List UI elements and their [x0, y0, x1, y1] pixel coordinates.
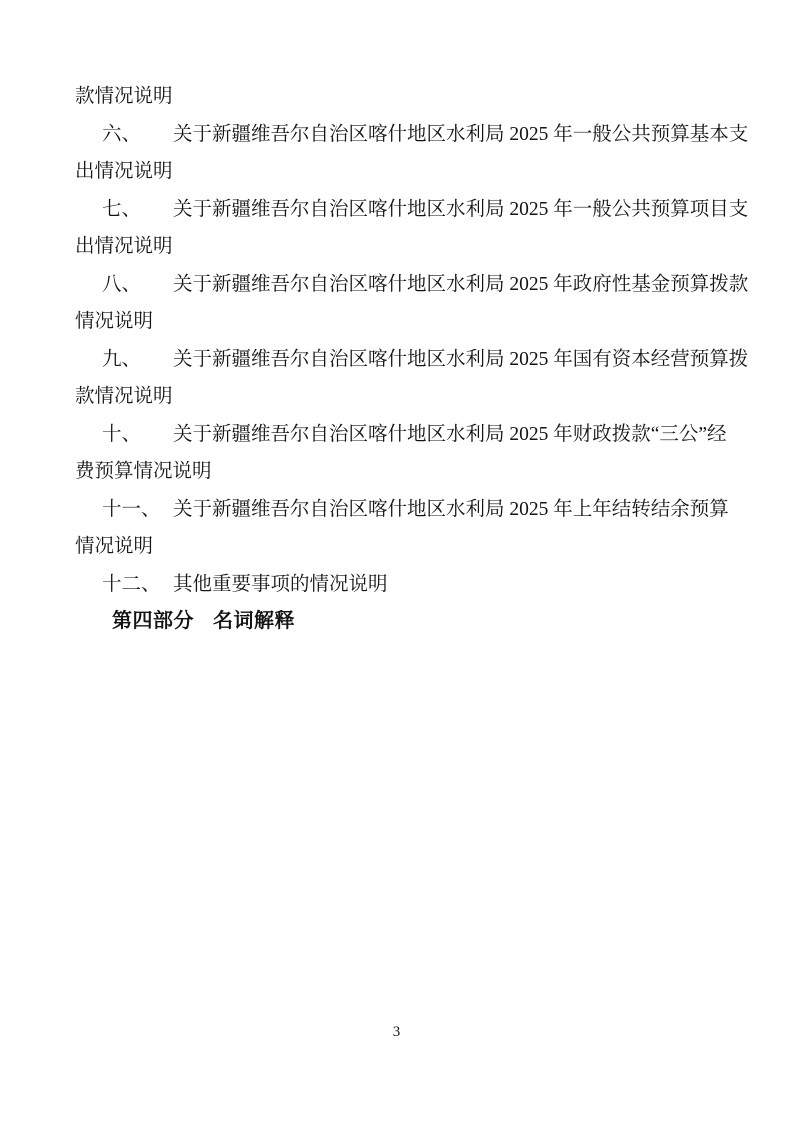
toc-text: 情况说明: [75, 536, 153, 557]
toc-text: 关于新疆维吾尔自治区喀什地区水利局 2025 年财政拨款“三公”经: [173, 424, 727, 445]
toc-text: 款情况说明: [75, 386, 173, 407]
toc-line-continuation: 款情况说明: [75, 378, 723, 416]
document-page: 款情况说明 六、关于新疆维吾尔自治区喀什地区水利局 2025 年一般公共预算基本…: [0, 0, 793, 1122]
toc-line-continuation: 出情况说明: [75, 153, 723, 191]
toc-text: 关于新疆维吾尔自治区喀什地区水利局 2025 年国有资本经营预算拨: [173, 349, 748, 370]
toc-text: 关于新疆维吾尔自治区喀什地区水利局 2025 年上年结转结余预算: [173, 499, 729, 520]
toc-text: 关于新疆维吾尔自治区喀什地区水利局 2025 年一般公共预算项目支: [173, 199, 748, 220]
toc-text: 关于新疆维吾尔自治区喀什地区水利局 2025 年一般公共预算基本支: [173, 124, 748, 145]
toc-item-number: 八、: [102, 266, 173, 304]
section-heading: 第四部分名词解释: [75, 603, 723, 641]
toc-line-continuation: 费预算情况说明: [75, 453, 723, 491]
toc-line-continuation: 情况说明: [75, 303, 723, 341]
toc-item-8: 八、关于新疆维吾尔自治区喀什地区水利局 2025 年政府性基金预算拨款: [75, 266, 723, 304]
toc-text: 费预算情况说明: [75, 461, 212, 482]
toc-item-10: 十、关于新疆维吾尔自治区喀什地区水利局 2025 年财政拨款“三公”经: [75, 416, 723, 454]
toc-text: 情况说明: [75, 311, 153, 332]
toc-text: 其他重要事项的情况说明: [173, 574, 388, 595]
toc-item-12: 十二、其他重要事项的情况说明: [75, 566, 723, 604]
toc-item-number: 七、: [102, 191, 173, 229]
toc-item-number: 十、: [102, 416, 173, 454]
toc-text: 关于新疆维吾尔自治区喀什地区水利局 2025 年政府性基金预算拨款: [173, 274, 748, 295]
toc-item-number: 九、: [102, 341, 173, 379]
toc-item-6: 六、关于新疆维吾尔自治区喀什地区水利局 2025 年一般公共预算基本支: [75, 116, 723, 154]
toc-item-7: 七、关于新疆维吾尔自治区喀什地区水利局 2025 年一般公共预算项目支: [75, 191, 723, 229]
toc-item-number: 十二、: [102, 566, 173, 604]
page-number: 3: [0, 1022, 793, 1042]
toc-line-continuation: 情况说明: [75, 528, 723, 566]
toc-content: 款情况说明 六、关于新疆维吾尔自治区喀什地区水利局 2025 年一般公共预算基本…: [75, 78, 723, 641]
toc-item-number: 六、: [102, 116, 173, 154]
toc-text: 出情况说明: [75, 161, 173, 182]
section-heading-number: 第四部分: [112, 610, 194, 632]
toc-line-continuation: 出情况说明: [75, 228, 723, 266]
toc-item-11: 十一、关于新疆维吾尔自治区喀什地区水利局 2025 年上年结转结余预算: [75, 491, 723, 529]
toc-item-9: 九、关于新疆维吾尔自治区喀什地区水利局 2025 年国有资本经营预算拨: [75, 341, 723, 379]
section-heading-title: 名词解释: [213, 610, 295, 632]
toc-line-continuation: 款情况说明: [75, 78, 723, 116]
toc-text: 款情况说明: [75, 86, 173, 107]
toc-text: 出情况说明: [75, 236, 173, 257]
toc-item-number: 十一、: [102, 491, 173, 529]
